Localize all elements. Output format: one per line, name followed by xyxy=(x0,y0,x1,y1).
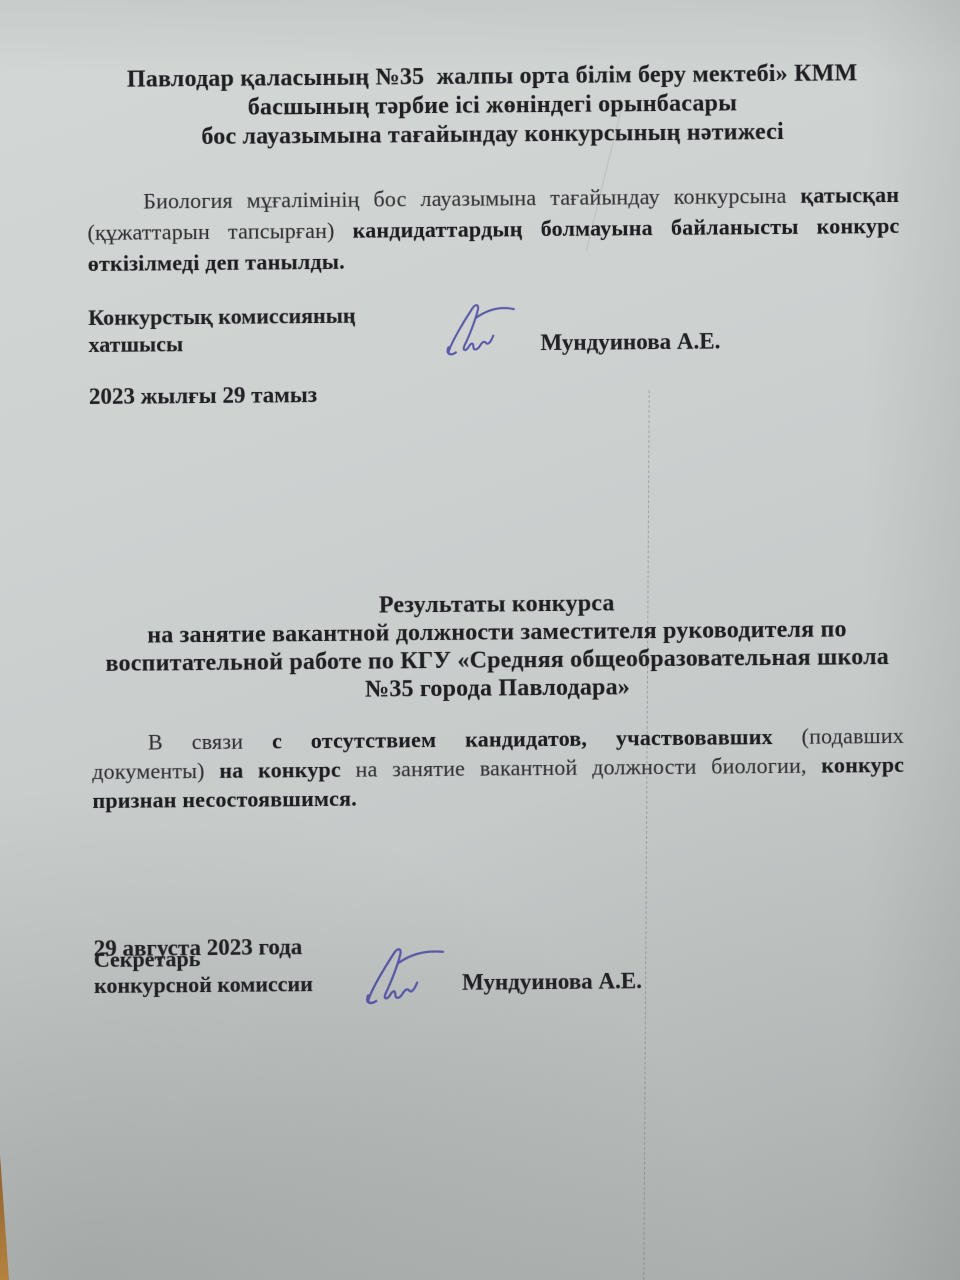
kk-signer-name: Мундуинова А.Е. xyxy=(540,328,720,356)
ru-p1-seg-1: В связи xyxy=(148,728,272,754)
table-surface-corner xyxy=(0,1155,9,1280)
ru-title-block: Результаты конкурса на занятие вакантной… xyxy=(91,587,904,706)
ru-p2-seg-4: конкурс xyxy=(821,752,904,778)
kk-p1-seg-1: Биология мұғалімінің бос лауазымына таға… xyxy=(143,183,800,214)
ru-paragraph-line-3: признан несостоявшимся. xyxy=(92,779,904,815)
kk-p3-seg-1: өткізілмеді деп танылды. xyxy=(88,249,345,276)
ru-signer-name: Мундуинова А.Е. xyxy=(462,968,642,996)
document-sheet: Павлодар қаласының №35 жалпы орта білім … xyxy=(86,53,908,1240)
kk-title-line-3: бос лауазымына тағайындау конкурсының нә… xyxy=(87,117,899,153)
ru-p1-seg-2: с отсутствием кандидатов, участвовавших xyxy=(272,724,802,754)
ru-p3-seg-1: признан несостоявшимся. xyxy=(92,786,357,813)
ru-p2-seg-1: документы) xyxy=(92,758,219,784)
kk-p2-seg-2: кандидаттардың болмауына байланысты конк… xyxy=(353,213,900,243)
kk-paragraph: Биология мұғалімінің бос лауазымына таға… xyxy=(87,179,900,279)
handwritten-signature-icon xyxy=(440,294,521,371)
kk-paragraph-line-3: өткізілмеді деп танылды. xyxy=(88,241,900,279)
kk-p1-seg-2: қатысқан xyxy=(800,182,899,208)
ru-p2-seg-2: на конкурс xyxy=(219,757,355,783)
kk-title-block: Павлодар қаласының №35 жалпы орта білім … xyxy=(86,59,899,153)
paper-photo-background: Павлодар қаласының №35 жалпы орта білім … xyxy=(0,0,960,1280)
ru-p1-seg-3: (подавших xyxy=(801,723,904,749)
ru-paragraph: В связи с отсутствием кандидатов, участв… xyxy=(92,721,905,815)
ru-p2-seg-3: на занятие вакантной должности биологии, xyxy=(355,753,821,782)
kk-p2-seg-1: (құжаттарын тапсырған) xyxy=(87,218,352,245)
